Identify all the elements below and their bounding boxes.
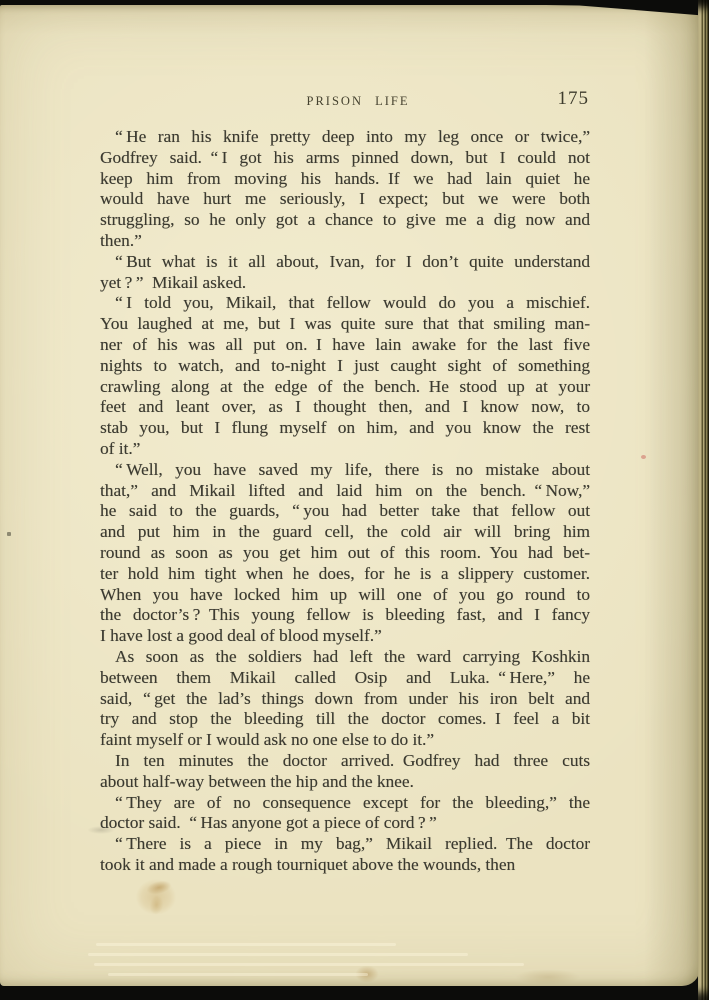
text-line: crawling along at the edge of the bench.… bbox=[100, 377, 590, 398]
ink-stain bbox=[508, 967, 588, 987]
text-line: and put him in the guard cell, the cold … bbox=[100, 522, 590, 543]
paragraph: “ He ran his knife pretty deep into my l… bbox=[100, 127, 590, 252]
page-number: 175 bbox=[558, 88, 590, 110]
ink-stain bbox=[146, 892, 167, 919]
text-line: said, “ get the lad’s things down from u… bbox=[100, 689, 590, 710]
paragraph: “ They are of no consequence except for … bbox=[100, 793, 590, 835]
text-line: “ I told you, Mikail, that fellow would … bbox=[100, 293, 590, 314]
text-line: ner of his was all put on. I have lain a… bbox=[100, 335, 590, 356]
book-page: PRISON LIFE 175 “ He ran his knife prett… bbox=[0, 5, 700, 986]
text-line: about half-way between the hip and the k… bbox=[100, 772, 590, 793]
page-text: “ He ran his knife pretty deep into my l… bbox=[100, 127, 590, 876]
text-line: would have hurt me seriously, I expect; … bbox=[100, 189, 590, 210]
text-line: feet and leant over, as I thought then, … bbox=[100, 397, 590, 418]
text-line: that,” and Mikail lifted and laid him on… bbox=[100, 481, 590, 502]
text-line: “ Well, you have saved my life, there is… bbox=[100, 460, 590, 481]
page-curl-highlight bbox=[108, 973, 368, 976]
text-line: took it and made a rough tourniquet abov… bbox=[100, 855, 590, 876]
page-curl-highlight bbox=[88, 953, 468, 956]
ink-stain bbox=[143, 877, 176, 899]
text-line: I have lost a good deal of blood myself.… bbox=[100, 626, 590, 647]
page-curl-highlight bbox=[96, 943, 396, 946]
text-line: In ten minutes the doctor arrived. Godfr… bbox=[100, 751, 590, 772]
page-stack-edge bbox=[698, 0, 709, 1000]
text-line: Godfrey said. “ I got his arms pinned do… bbox=[100, 148, 590, 169]
text-line: “ There is a piece in my bag,” Mikail re… bbox=[100, 834, 590, 855]
paper-speck bbox=[641, 455, 646, 459]
text-line: keep him from moving his hands. If we ha… bbox=[100, 169, 590, 190]
scanned-book-photo: PRISON LIFE 175 “ He ran his knife prett… bbox=[0, 0, 709, 1000]
paragraph: “ Well, you have saved my life, there is… bbox=[100, 460, 590, 647]
paragraph: “ I told you, Mikail, that fellow would … bbox=[100, 293, 590, 459]
text-line: try and stop the bleeding till the docto… bbox=[100, 709, 590, 730]
text-line: doctor said. “ Has anyone got a piece of… bbox=[100, 813, 590, 834]
text-line: stab you, but I flung myself on him, and… bbox=[100, 418, 590, 439]
text-line: he said to the guards, “ you had better … bbox=[100, 501, 590, 522]
text-line: between them Mikail called Osip and Luka… bbox=[100, 668, 590, 689]
ink-stain bbox=[352, 963, 382, 985]
text-line: the doctor’s ? This young fellow is blee… bbox=[100, 605, 590, 626]
text-line: then.” bbox=[100, 231, 590, 252]
text-line: When you have locked him up will one of … bbox=[100, 585, 590, 606]
page-curl-highlight bbox=[94, 963, 524, 966]
text-line: ter hold him tight when he does, for he … bbox=[100, 564, 590, 585]
text-line: “ But what is it all about, Ivan, for I … bbox=[100, 252, 590, 273]
paragraph: “ But what is it all about, Ivan, for I … bbox=[100, 252, 590, 294]
running-title: PRISON LIFE bbox=[113, 94, 603, 109]
text-line: You laughed at me, but I was quite sure … bbox=[100, 314, 590, 335]
text-line: struggling, so he only got a chance to g… bbox=[100, 210, 590, 231]
text-line: yet ? ” Mikail asked. bbox=[100, 273, 590, 294]
paragraph: As soon as the soldiers had left the war… bbox=[100, 647, 590, 751]
ink-stain bbox=[130, 874, 182, 920]
text-line: faint myself or I would ask no one else … bbox=[100, 730, 590, 751]
paper-speck bbox=[7, 532, 11, 536]
text-line: As soon as the soldiers had left the war… bbox=[100, 647, 590, 668]
page-header: PRISON LIFE 175 bbox=[100, 94, 590, 116]
paragraph: In ten minutes the doctor arrived. Godfr… bbox=[100, 751, 590, 793]
paragraph: “ There is a piece in my bag,” Mikail re… bbox=[100, 834, 590, 876]
text-line: “ He ran his knife pretty deep into my l… bbox=[100, 127, 590, 148]
text-line: of it.” bbox=[100, 439, 590, 460]
text-line: “ They are of no consequence except for … bbox=[100, 793, 590, 814]
text-line: round as soon as you get him out of this… bbox=[100, 543, 590, 564]
text-line: nights to watch, and to-night I just cau… bbox=[100, 356, 590, 377]
